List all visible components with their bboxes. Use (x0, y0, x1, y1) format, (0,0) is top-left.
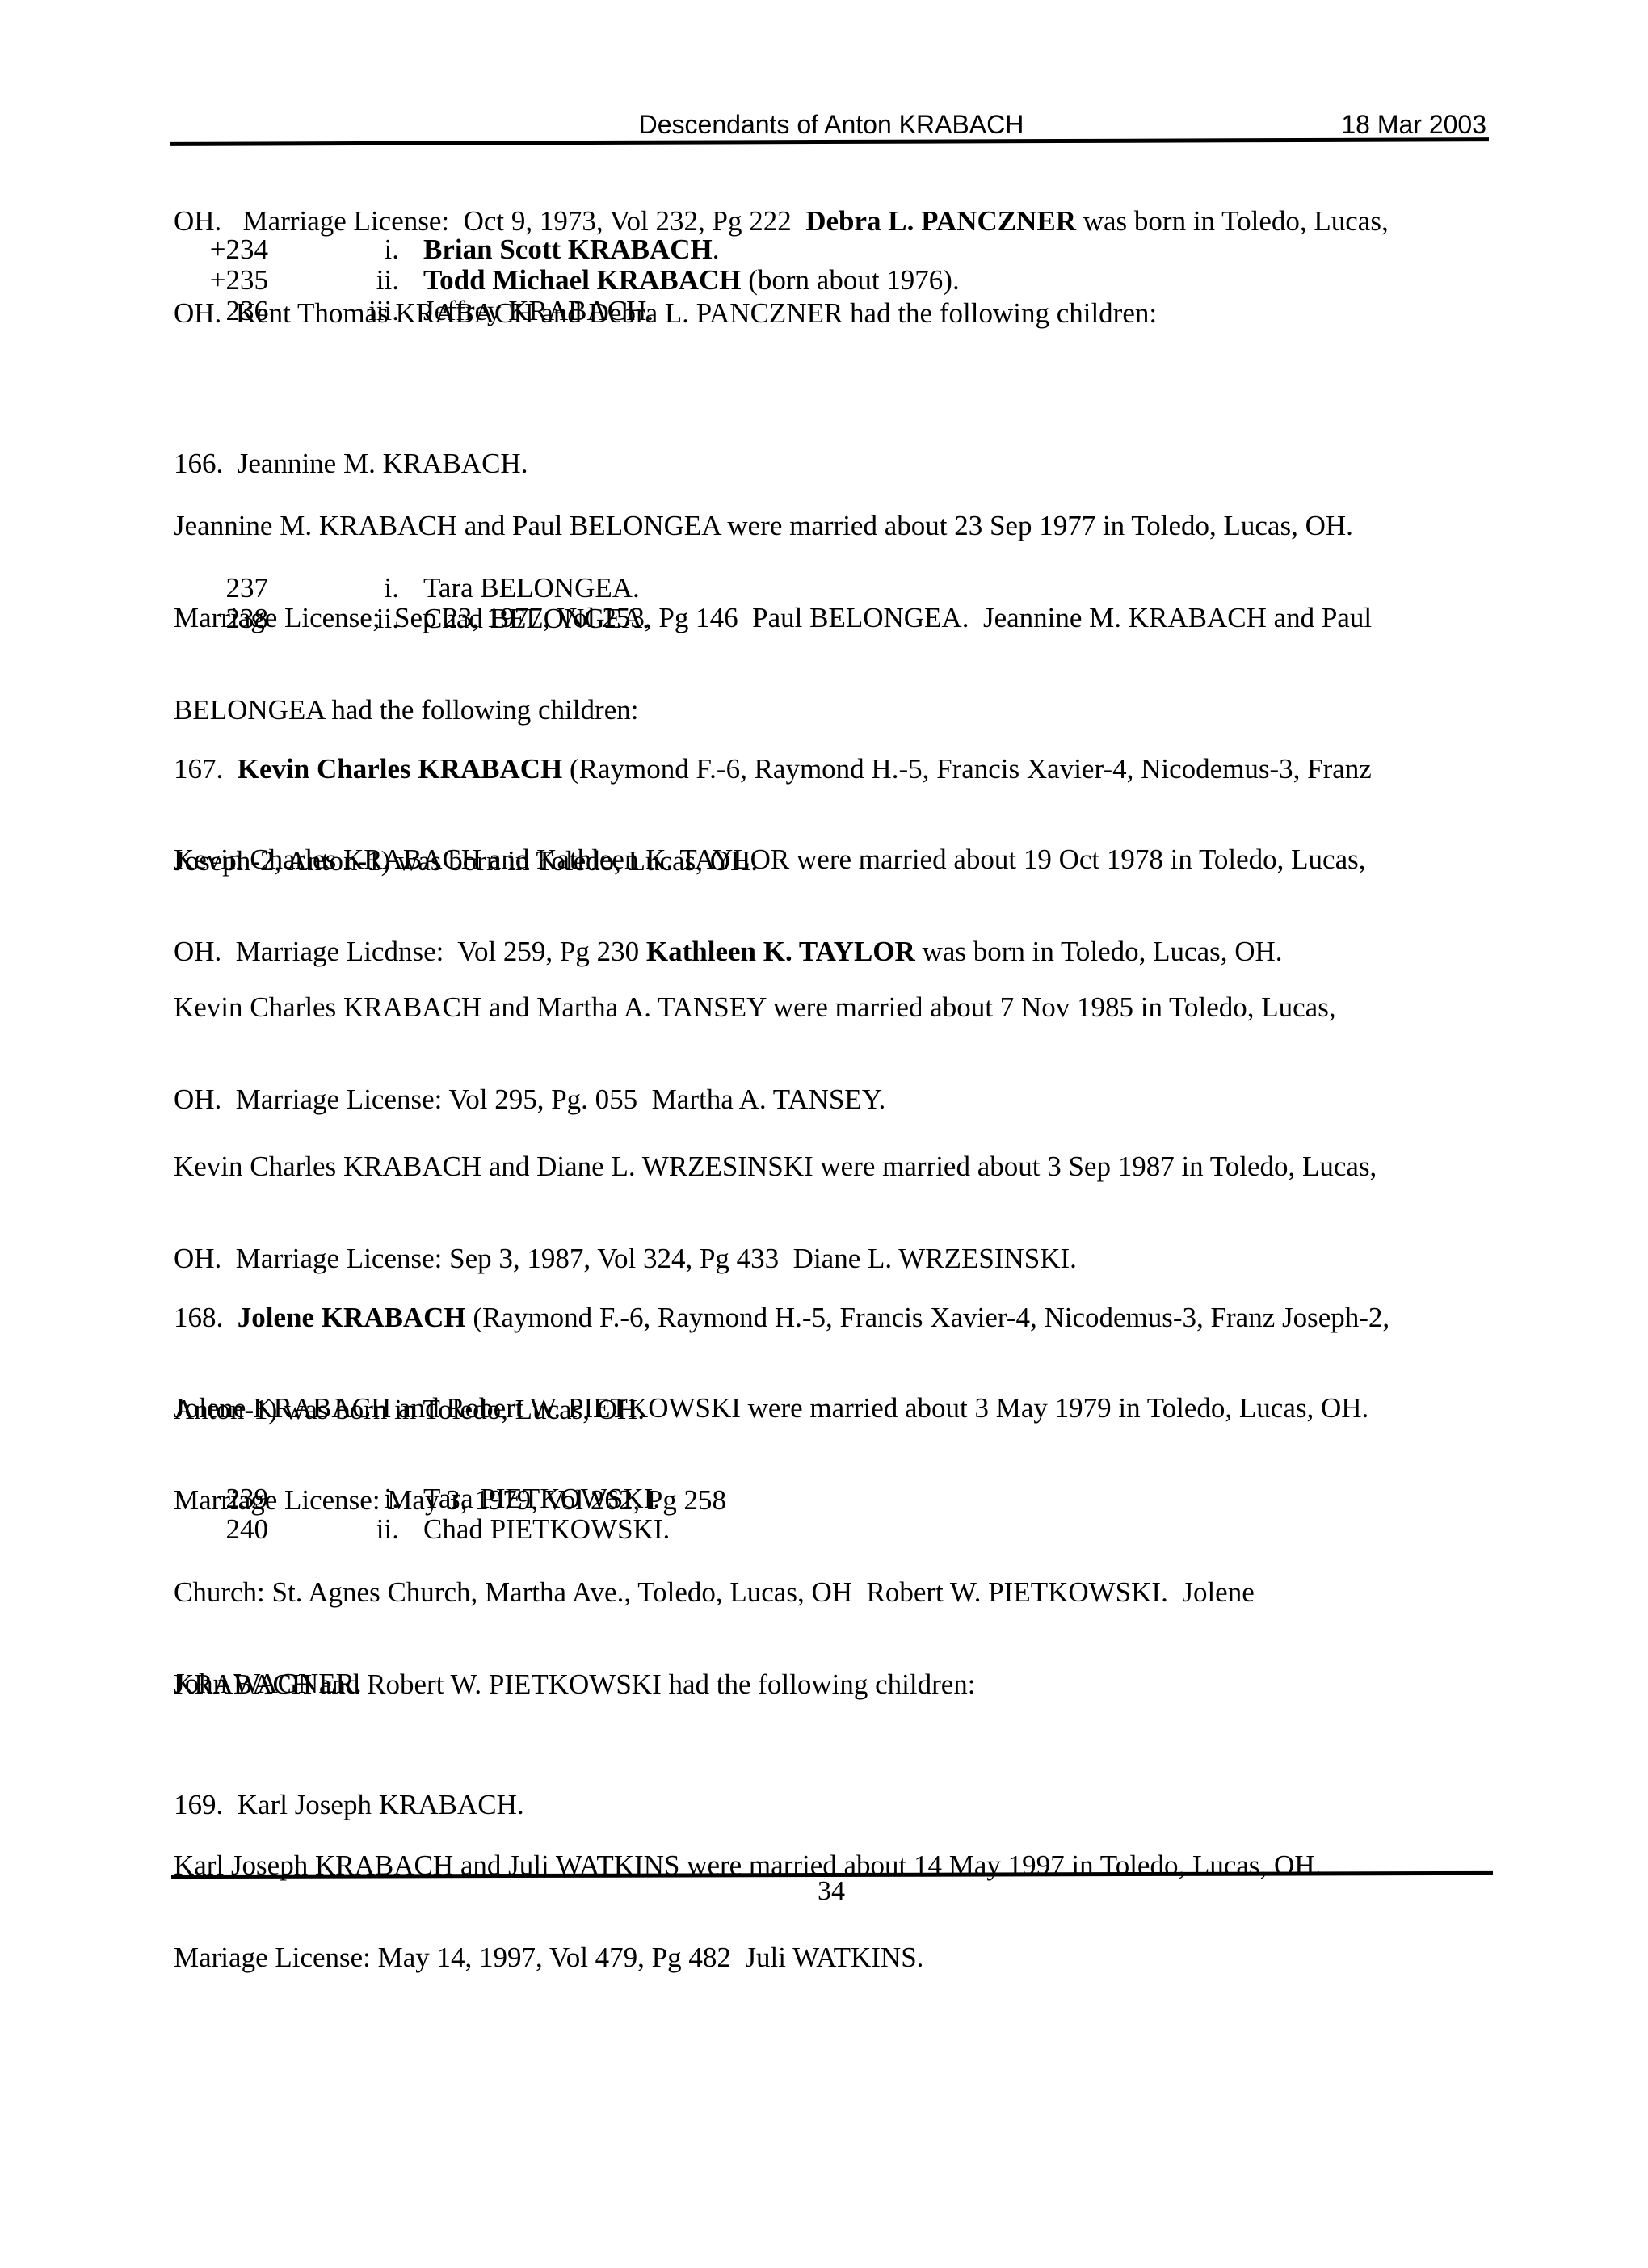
child-row-237: 237 i. Tara BELONGEA. (0, 573, 1648, 604)
child-row-234: +234 i. Brian Scott KRABACH. (0, 234, 1648, 265)
text-line: John WAGNER. (174, 1668, 1547, 1699)
text-line: Kevin Charles KRABACH and Diane L. WRZES… (174, 1151, 1547, 1182)
child-number: 236 (174, 296, 268, 326)
text-segment: Mariage License: May 14, 1997, Vol 479, … (174, 1942, 923, 1973)
text-segment: (Raymond F.-6, Raymond H.-5, Francis Xav… (562, 753, 1372, 785)
child-row-236: 236 iii. Jeffrey KRABACH. (0, 296, 1648, 326)
text-segment: Chad BELONGEA. (423, 603, 650, 634)
child-roman-numeral: i. (268, 234, 399, 265)
text-segment: 168. (174, 1302, 238, 1333)
child-name: Brian Scott KRABACH. (423, 234, 720, 265)
child-number: 240 (174, 1514, 268, 1545)
text-segment: Kevin Charles KRABACH and Kathleen K. TA… (174, 844, 1366, 875)
child-roman-numeral: ii. (268, 265, 399, 296)
text-segment: Tara PIETKOWSKI. (423, 1483, 660, 1514)
text-segment: Jeffrey KRABACH. (423, 295, 654, 326)
text-segment: John WAGNER. (174, 1668, 362, 1699)
child-name: Jeffrey KRABACH. (423, 296, 654, 326)
child-roman-numeral: iii. (268, 296, 399, 326)
child-name: Tara PIETKOWSKI. (423, 1483, 660, 1514)
child-roman-numeral: i. (268, 573, 399, 604)
text-segment: OH. Marriage License: Oct 9, 1973, Vol 2… (174, 205, 805, 237)
child-number: +235 (174, 265, 268, 296)
bold-child-name: Brian Scott KRABACH (423, 234, 713, 265)
child-name: Tara BELONGEA. (423, 573, 640, 604)
child-number: 237 (174, 573, 268, 604)
child-row-235: +235 ii. Todd Michael KRABACH (born abou… (0, 265, 1648, 296)
header-date: 18 Mar 2003 (1163, 110, 1486, 139)
text-segment: Kevin Charles KRABACH and Diane L. WRZES… (174, 1151, 1377, 1182)
text-segment: 167. (174, 753, 238, 785)
scanned-genealogy-page: { "header": { "title": "Descendants of A… (0, 0, 1648, 2268)
child-name: Chad PIETKOWSKI. (423, 1514, 670, 1545)
text-segment: Jolene KRABACH and Robert W. PIETKOWSKI … (174, 1392, 1368, 1424)
text-line: 167. Kevin Charles KRABACH (Raymond F.-6… (174, 754, 1547, 785)
text-segment: (Raymond F.-6, Raymond H.-5, Francis Xav… (466, 1302, 1390, 1333)
child-number: 238 (174, 604, 268, 634)
child-row-240: 240 ii. Chad PIETKOWSKI. (0, 1514, 1648, 1545)
page-number: 34 (174, 1876, 1489, 1907)
child-roman-numeral: i. (268, 1483, 399, 1514)
text-line: 168. Jolene KRABACH (Raymond F.-6, Raymo… (174, 1302, 1547, 1333)
text-line: Jeannine M. KRABACH and Paul BELONGEA we… (174, 511, 1547, 541)
child-row-238: 238 ii. Chad BELONGEA. (0, 604, 1648, 634)
text-line: Mariage License: May 14, 1997, Vol 479, … (174, 1942, 1547, 1973)
child-roman-numeral: ii. (268, 1514, 399, 1545)
paragraph-john-wagner: John WAGNER. (174, 1607, 1547, 1730)
child-number: 239 (174, 1483, 268, 1514)
bold-name-kevin-krabach: Kevin Charles KRABACH (238, 753, 563, 785)
text-line: Jolene KRABACH and Robert W. PIETKOWSKI … (174, 1393, 1547, 1424)
text-line: Kevin Charles KRABACH and Martha A. TANS… (174, 992, 1547, 1023)
text-segment: Tara BELONGEA. (423, 572, 640, 604)
text-segment: (born about 1976). (741, 264, 959, 296)
text-line: Kevin Charles KRABACH and Kathleen K. TA… (174, 844, 1547, 875)
child-roman-numeral: ii. (268, 604, 399, 634)
bold-name-jolene-krabach: Jolene KRABACH (238, 1302, 466, 1333)
child-name: Chad BELONGEA. (423, 604, 650, 634)
child-row-239: 239 i. Tara PIETKOWSKI. (0, 1483, 1648, 1514)
text-segment: Jeannine M. KRABACH and Paul BELONGEA we… (174, 510, 1353, 541)
child-name: Todd Michael KRABACH (born about 1976). (423, 265, 960, 296)
text-segment: Chad PIETKOWSKI. (423, 1513, 670, 1545)
text-line: OH. Marriage License: Oct 9, 1973, Vol 2… (174, 206, 1547, 237)
bold-child-name: Todd Michael KRABACH (423, 264, 741, 296)
text-segment: was born in Toledo, Lucas, (1076, 205, 1389, 237)
text-segment: . (713, 234, 720, 265)
text-segment: Kevin Charles KRABACH and Martha A. TANS… (174, 991, 1336, 1023)
text-segment: Church: St. Agnes Church, Martha Ave., T… (174, 1576, 1255, 1608)
text-line: Church: St. Agnes Church, Martha Ave., T… (174, 1577, 1547, 1608)
bold-name-debra-panczner: Debra L. PANCZNER (805, 205, 1076, 237)
child-number: +234 (174, 234, 268, 265)
